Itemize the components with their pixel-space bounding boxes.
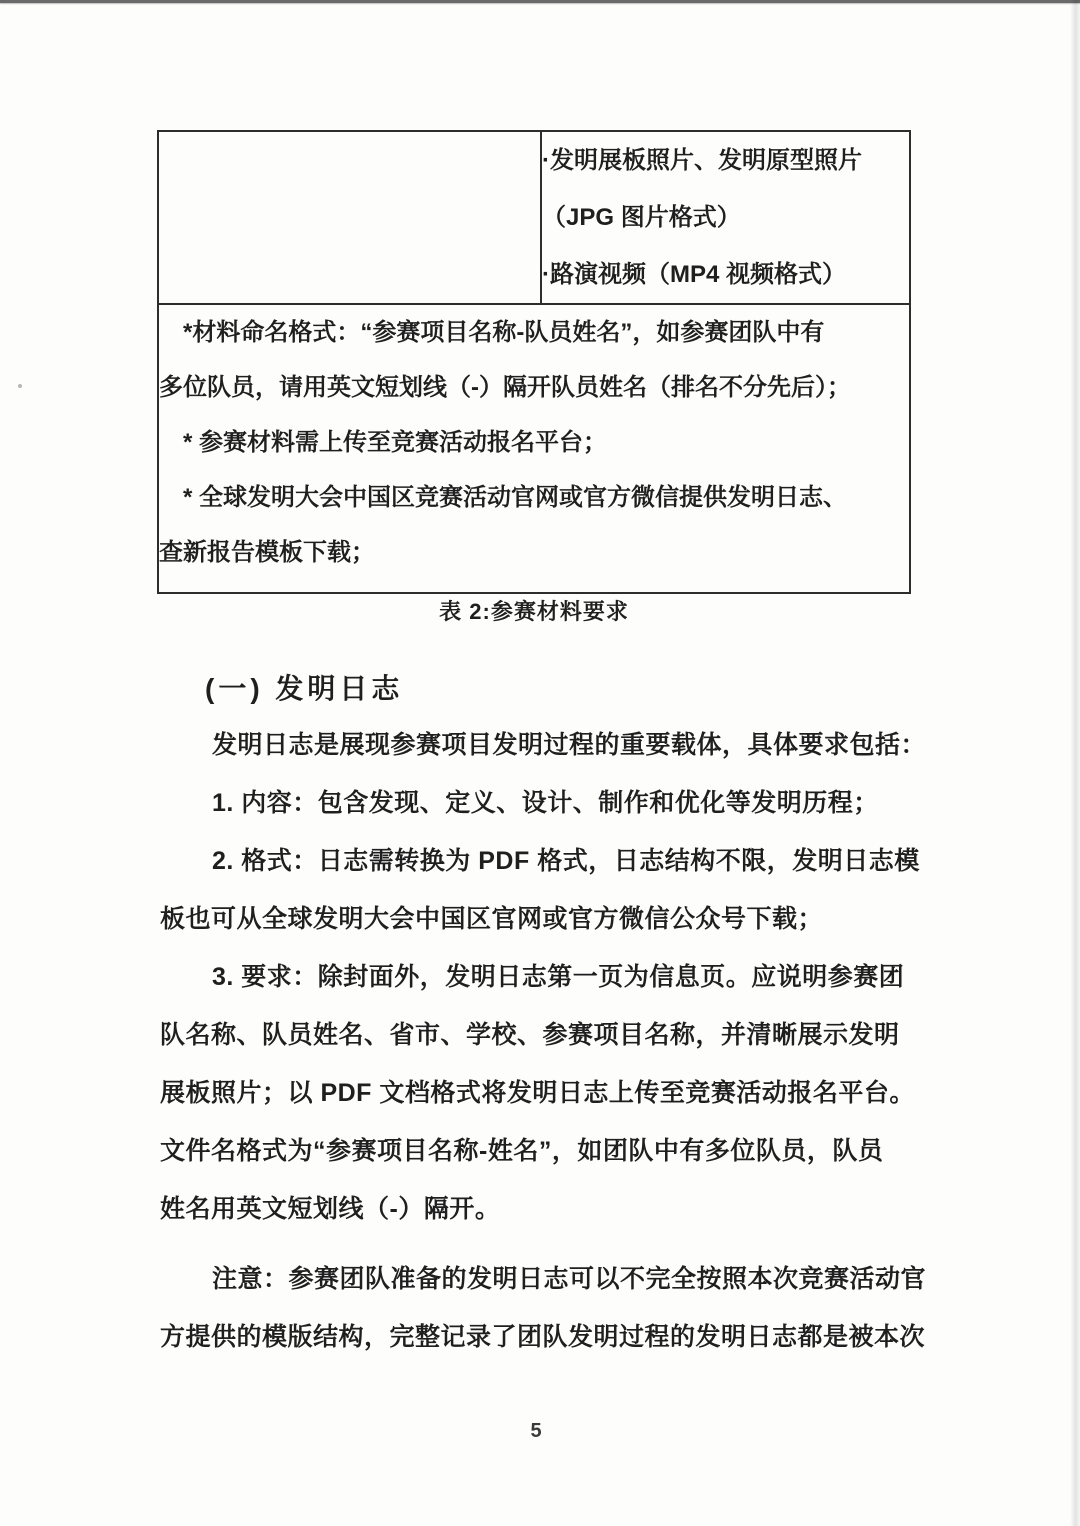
section-heading: (一) 发明日志 <box>205 670 403 708</box>
text-line: 1. 内容：包含发现、定义、设计、制作和优化等发明历程； <box>160 774 950 832</box>
table-row-materials: ·发明展板照片、发明原型照片（JPG 图片格式）·路演视频（MP4 视频格式） <box>158 131 910 304</box>
text-line: 板也可从全球发明大会中国区官网或官方微信公众号下载； <box>160 890 950 948</box>
text-line: *材料命名格式：“参赛项目名称-队员姓名”，如参赛团队中有 <box>159 305 909 360</box>
scan-edge-artifact-top <box>0 0 1080 3</box>
text-line: * 参赛材料需上传至竞赛活动报名平台； <box>159 415 909 470</box>
table-cell-material-list: ·发明展板照片、发明原型照片（JPG 图片格式）·路演视频（MP4 视频格式） <box>541 131 910 304</box>
table-cell-empty <box>158 131 541 304</box>
text-line: 注意：参赛团队准备的发明日志可以不完全按照本次竞赛活动官 <box>160 1250 950 1308</box>
text-line: （JPG 图片格式） <box>542 189 909 246</box>
page-number: 5 <box>0 1420 1072 1443</box>
text-line: 2. 格式：日志需转换为 PDF 格式，日志结构不限，发明日志模 <box>160 832 950 890</box>
table-cell-notes: *材料命名格式：“参赛项目名称-队员姓名”，如参赛团队中有多位队员，请用英文短划… <box>158 304 910 593</box>
text-line: 发明日志是展现参赛项目发明过程的重要载体，具体要求包括： <box>160 716 950 774</box>
scan-edge-artifact-right <box>1070 0 1080 1526</box>
text-line: 姓名用英文短划线（-）隔开。 <box>160 1180 950 1238</box>
text-line: ·路演视频（MP4 视频格式） <box>542 246 909 303</box>
text-line: ·发明展板照片、发明原型照片 <box>542 132 909 189</box>
scan-speck <box>18 384 22 388</box>
document-page: ·发明展板照片、发明原型照片（JPG 图片格式）·路演视频（MP4 视频格式） … <box>0 0 1080 1526</box>
text-line: 方提供的模版结构，完整记录了团队发明过程的发明日志都是被本次 <box>160 1308 950 1366</box>
text-line: 文件名格式为“参赛项目名称-姓名”，如团队中有多位队员，队员 <box>160 1122 950 1180</box>
text-line: 查新报告模板下载； <box>159 525 909 580</box>
text-line: 展板照片；以 PDF 文档格式将发明日志上传至竞赛活动报名平台。 <box>160 1064 950 1122</box>
materials-table: ·发明展板照片、发明原型照片（JPG 图片格式）·路演视频（MP4 视频格式） … <box>157 130 911 594</box>
text-line: * 全球发明大会中国区竞赛活动官网或官方微信提供发明日志、 <box>159 470 909 525</box>
table-caption: 表 2:参赛材料要求 <box>157 598 911 626</box>
text-line: 多位队员，请用英文短划线（-）隔开队员姓名（排名不分先后）； <box>159 360 909 415</box>
table-row-notes: *材料命名格式：“参赛项目名称-队员姓名”，如参赛团队中有多位队员，请用英文短划… <box>158 304 910 593</box>
section-body: 发明日志是展现参赛项目发明过程的重要载体，具体要求包括：1. 内容：包含发现、定… <box>160 716 950 1366</box>
text-line: 队名称、队员姓名、省市、学校、参赛项目名称，并清晰展示发明 <box>160 1006 950 1064</box>
text-line: 3. 要求：除封面外，发明日志第一页为信息页。应说明参赛团 <box>160 948 950 1006</box>
